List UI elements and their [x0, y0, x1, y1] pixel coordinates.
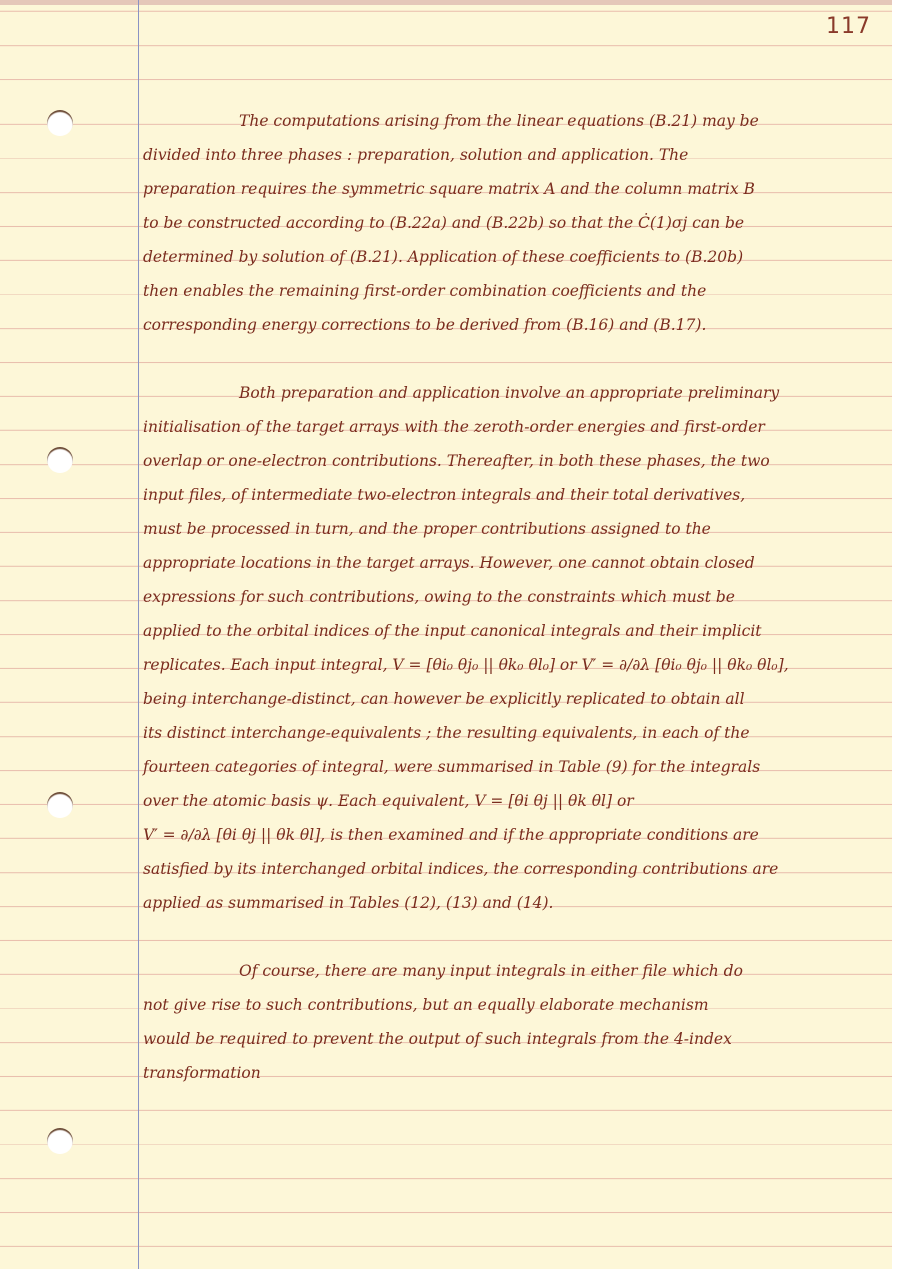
text-line: applied as summarised in Tables (12), (1…: [143, 886, 883, 920]
lined-paper-page: 117 The computations arising from the li…: [0, 0, 898, 1269]
text-line: over the atomic basis ψ. Each equivalent…: [143, 784, 883, 818]
text-line: would be required to prevent the output …: [143, 1022, 883, 1056]
text-line: then enables the remaining first-order c…: [143, 274, 883, 308]
page-right-edge: [892, 0, 898, 1269]
text-line: applied to the orbital indices of the in…: [143, 614, 883, 648]
text-line: corresponding energy corrections to be d…: [143, 308, 883, 342]
margin-line: [138, 0, 139, 1269]
text-line: determined by solution of (B.21). Applic…: [143, 240, 883, 274]
paragraph-3: Of course, there are many input integral…: [143, 954, 883, 1090]
text-line: input files, of intermediate two-electro…: [143, 478, 883, 512]
page-top-edge: [0, 0, 898, 5]
punch-hole-icon: [47, 110, 73, 136]
text-line: being interchange-distinct, can however …: [143, 682, 883, 716]
text-line: divided into three phases : preparation,…: [143, 138, 883, 172]
text-line: V′ = ∂/∂λ [θi θj || θk θl], is then exam…: [143, 818, 883, 852]
text-line: appropriate locations in the target arra…: [143, 546, 883, 580]
punch-hole-icon: [47, 1128, 73, 1154]
text-line: must be processed in turn, and the prope…: [143, 512, 883, 546]
paragraph-1: The computations arising from the linear…: [143, 104, 883, 342]
text-line: fourteen categories of integral, were su…: [143, 750, 883, 784]
text-line: overlap or one-electron contributions. T…: [143, 444, 883, 478]
text-line: transformation: [143, 1056, 883, 1090]
text-line: Of course, there are many input integral…: [143, 954, 883, 988]
paragraph-2: Both preparation and application involve…: [143, 376, 883, 920]
text-line: Both preparation and application involve…: [143, 376, 883, 410]
text-line: preparation requires the symmetric squar…: [143, 172, 883, 206]
text-line: its distinct interchange-equivalents ; t…: [143, 716, 883, 750]
text-line: to be constructed according to (B.22a) a…: [143, 206, 883, 240]
punch-hole-icon: [47, 447, 73, 473]
text-line: replicates. Each input integral, V = [θi…: [143, 648, 883, 682]
text-line: The computations arising from the linear…: [143, 104, 883, 138]
punch-hole-icon: [47, 792, 73, 818]
page-number: 117: [826, 14, 871, 39]
text-line: not give rise to such contributions, but…: [143, 988, 883, 1022]
text-line: expressions for such contributions, owin…: [143, 580, 883, 614]
text-line: satisfied by its interchanged orbital in…: [143, 852, 883, 886]
text-line: initialisation of the target arrays with…: [143, 410, 883, 444]
